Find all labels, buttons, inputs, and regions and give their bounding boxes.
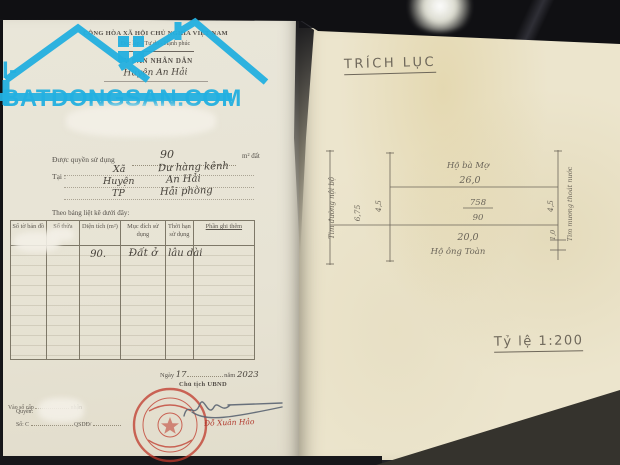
document-photo: CỘNG HÒA XÃ HỘI CHỦ NGHĨA VIỆT NAM Độc l… <box>0 0 620 465</box>
location-level-1: Xã <box>113 164 125 175</box>
table-header-purpose: Mục đích sử dụng <box>121 221 165 246</box>
date-year-handwritten: 2023 <box>237 370 259 380</box>
land-sketch-diagram: Hộ bà Mợ 26,0 758 90 20,0 Hộ ông Toàn Ti… <box>300 128 620 288</box>
signature-name-red: Đỗ Xuân Hảo <box>204 417 255 428</box>
table-header-area: Diện tích (m²) <box>80 221 120 246</box>
sketch-title: TRÍCH LỤC <box>344 55 437 75</box>
bottom-width-dim: 20,0 <box>456 232 478 243</box>
gloss-reflection <box>460 0 620 40</box>
table-row-purpose: Đất ở <box>129 247 158 259</box>
top-neighbor-label: Hộ bà Mợ <box>446 160 490 171</box>
watermark-bar <box>0 93 232 101</box>
table-body-ruling-6 <box>194 246 254 359</box>
date-day-label: Ngày <box>160 372 174 379</box>
top-width-dim: 26,0 <box>458 175 480 186</box>
table-col-notes: Phần ghi thêm <box>194 221 254 359</box>
stamp-star <box>161 417 179 434</box>
table-body-ruling-1 <box>11 246 46 359</box>
table-header-term: Thời hạn sử dụng <box>166 221 193 246</box>
drain-axis-label: Tim mương thoát nước <box>566 166 574 241</box>
registry-line-2: Quyển: <box>16 409 33 416</box>
table-body-ruling-2 <box>47 246 80 359</box>
registry-line3a: Số: C <box>16 422 29 428</box>
table-col-area: Diện tích (m²) 90. <box>80 221 121 359</box>
table-body-ruling-3 <box>80 246 120 359</box>
right-width-dim: 4,5 <box>546 200 555 213</box>
location-rule-2 <box>64 187 254 188</box>
grant-unit: m² đất <box>242 152 260 160</box>
date-day-handwritten: 17 <box>176 370 187 380</box>
location-rule-1 <box>64 175 254 176</box>
table-col-term: Thời hạn sử dụng lâu dài <box>166 221 194 359</box>
erased-title-smudge <box>66 105 216 137</box>
location-level-3: TP <box>112 188 125 199</box>
location-rule-3 <box>64 199 254 200</box>
table-header-smudge <box>48 228 74 241</box>
left-offset-dim: 6,75 <box>353 204 362 221</box>
date-dots <box>187 368 223 377</box>
grant-label: Được quyền sử dụng <box>52 156 115 165</box>
left-width-dim: 4,5 <box>374 200 383 213</box>
date-year-label: năm <box>224 372 235 379</box>
registry-smudge <box>38 398 84 422</box>
table-header-notes: Phần ghi thêm <box>194 221 254 246</box>
table-row-area: 90. <box>90 249 106 260</box>
road-axis-label: Tim đường nội bộ <box>328 177 336 239</box>
table-body-ruling-4 <box>121 246 165 359</box>
registry-line3b: QSDĐ/ <box>74 422 91 428</box>
table-body-ruling-5 <box>166 246 193 359</box>
registry-dots-3 <box>93 417 121 426</box>
location-level-2: Huyện <box>103 176 135 187</box>
table-intro: Theo bảng liệt kê dưới đây: <box>52 209 129 217</box>
table-col-purpose: Mục đích sử dụng Đất ở <box>121 221 166 359</box>
bottom-neighbor-label: Hộ ông Toàn <box>430 246 486 257</box>
parcel-number: 758 <box>470 198 487 208</box>
parcel-area: 90 <box>473 213 484 223</box>
table-row-term: lâu dài <box>168 248 202 259</box>
date-line: Ngày 17 năm 2023 <box>160 368 259 380</box>
scale-label: Tỷ lệ 1:200 <box>494 333 584 353</box>
right-offset-dim: 1,0 <box>549 230 557 240</box>
